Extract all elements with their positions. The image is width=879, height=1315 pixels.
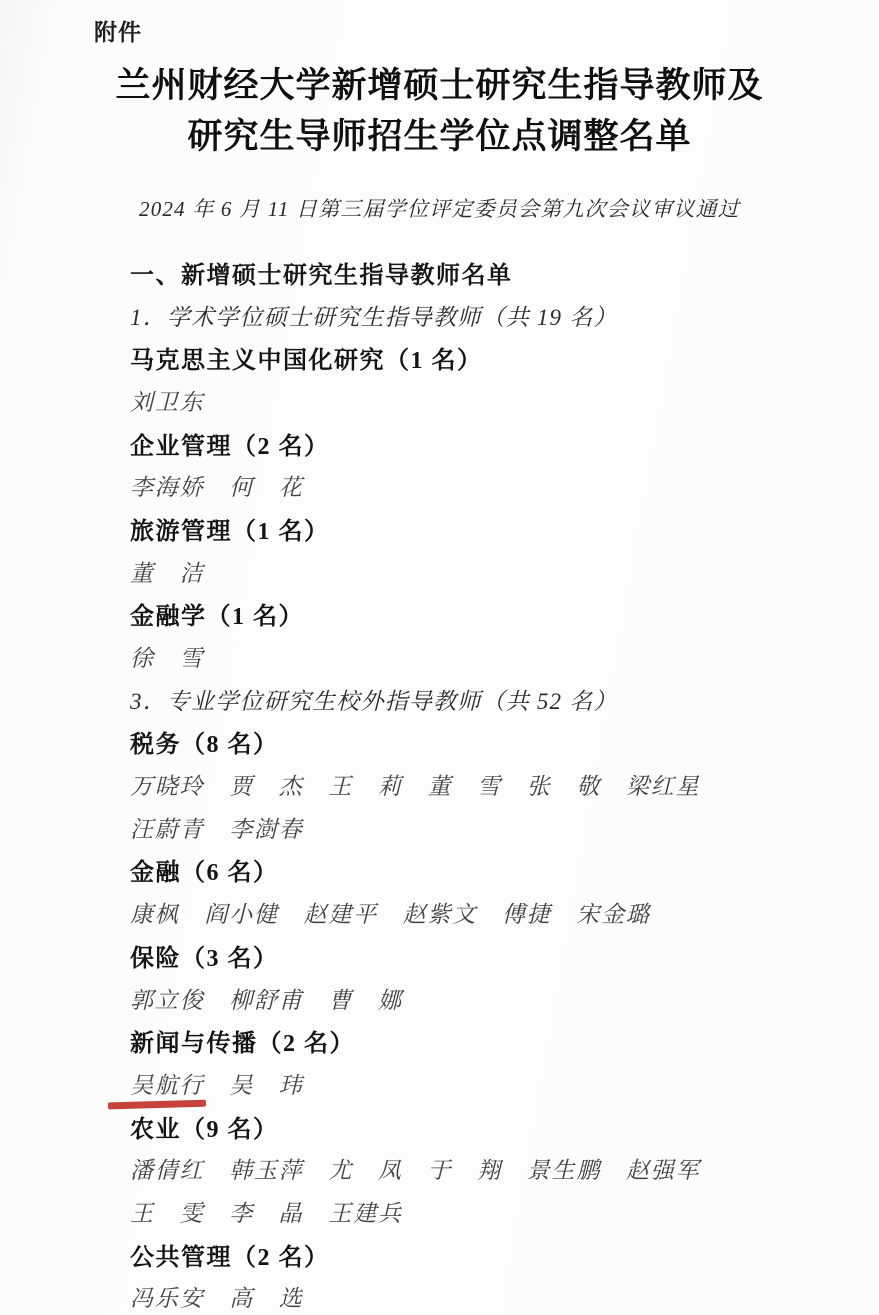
category-heading: 新闻与传播（2 名） [130, 1019, 839, 1062]
red-underlined-name: 吴航行 [130, 1067, 204, 1100]
name-row: 刘卫东 [130, 379, 839, 422]
category-heading: 公共管理（2 名） [130, 1233, 839, 1276]
name-row: 万晓玲 贾 杰 王 莉 董 雪 张 敬 梁红星 [130, 763, 839, 806]
subsection-heading: 1．学术学位硕士研究生指导教师（共 19 名） [130, 294, 839, 337]
document-body: 一、新增硕士研究生指导教师名单 1．学术学位硕士研究生指导教师（共 19 名） … [130, 251, 839, 1315]
category-heading: 农业（9 名） [130, 1105, 839, 1148]
category-heading: 马克思主义中国化研究（1 名） [130, 336, 839, 379]
name-row: 冯乐安 高 选 [130, 1276, 839, 1315]
scanned-document-page: 附件 兰州财经大学新增硕士研究生指导教师及 研究生导师招生学位点调整名单 202… [0, 0, 879, 1315]
category-heading: 旅游管理（1 名） [130, 507, 839, 550]
document-title: 兰州财经大学新增硕士研究生指导教师及 研究生导师招生学位点调整名单 [0, 60, 879, 162]
name-row: 康枫 阎小健 赵建平 赵紫文 傅捷 宋金璐 [130, 891, 839, 934]
section-heading: 一、新增硕士研究生指导教师名单 [130, 251, 839, 294]
category-heading: 保险（3 名） [130, 934, 839, 977]
document-title-line2: 研究生导师招生学位点调整名单 [0, 111, 879, 162]
document-title-line1: 兰州财经大学新增硕士研究生指导教师及 [0, 60, 879, 111]
name-row: 李海娇 何 花 [130, 464, 839, 507]
name-row: 郭立俊 柳舒甫 曹 娜 [130, 977, 839, 1020]
name-row: 潘倩红 韩玉萍 尤 凤 于 翔 景生鹏 赵强军 [130, 1147, 839, 1190]
name-row-highlighted: 吴航行 吴 玮 [130, 1062, 839, 1105]
category-heading: 税务（8 名） [130, 721, 839, 764]
category-heading: 企业管理（2 名） [130, 422, 839, 465]
name-row: 董 洁 [130, 550, 839, 593]
name-row: 徐 雪 [130, 635, 839, 678]
name-row: 王 雯 李 晶 王建兵 [130, 1190, 839, 1233]
name-row: 汪蔚青 李澍春 [130, 806, 839, 849]
subsection-heading: 3．专业学位研究生校外指导教师（共 52 名） [130, 678, 839, 721]
approval-note: 2024 年 6 月 11 日第三届学位评定委员会第九次会议审议通过 [0, 193, 879, 223]
attachment-label: 附件 [94, 14, 142, 47]
category-heading: 金融学（1 名） [130, 593, 839, 636]
category-heading: 金融（6 名） [130, 849, 839, 892]
